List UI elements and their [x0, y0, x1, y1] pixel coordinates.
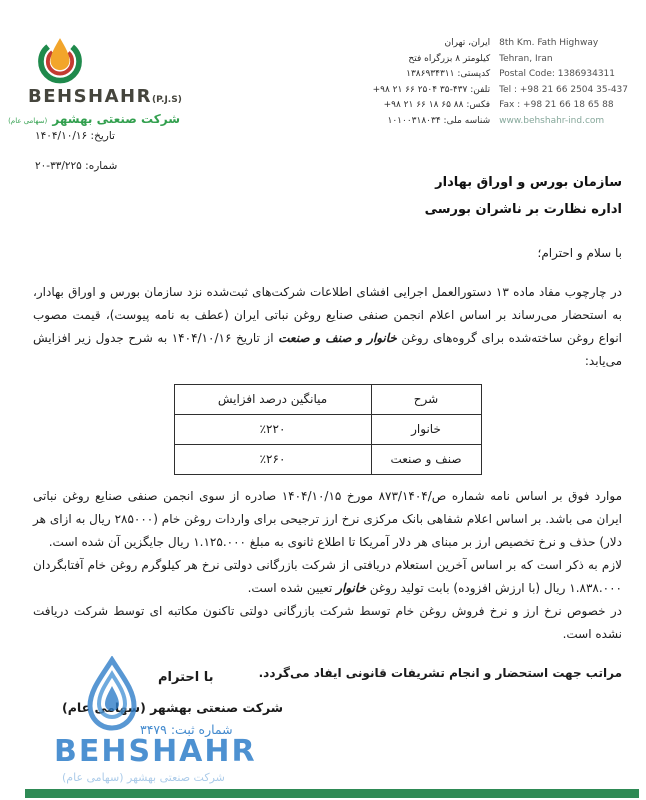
- recipient-organization: سازمان بورس و اوراق بهادار: [425, 169, 622, 196]
- stamp-company-text: شرکت صنعتی بهشهر (سهامی عام): [62, 771, 225, 784]
- paragraph-3: لازم به ذکر است که بر اساس آخرین استعلام…: [33, 554, 622, 600]
- address-column-fa: ایران، تهران کیلومتر ۸ بزرگراه فتح کدپست…: [373, 36, 491, 129]
- brand-suffix-fa: (سهامی عام): [8, 117, 47, 125]
- paragraph-1-emphasis: خانوار و صنف و صنعت: [278, 331, 397, 345]
- address-line-fa: ایران، تهران: [373, 36, 491, 52]
- address-line-en: Postal Code: 1386934311: [499, 67, 628, 83]
- address-line-fa: شناسه ملی: ۱۰۱۰۰۳۱۸۰۳۴: [373, 114, 491, 130]
- recipient-block: سازمان بورس و اوراق بهادار اداره نظارت ب…: [425, 169, 622, 223]
- salutation: با سلام و احترام؛: [33, 242, 622, 265]
- address-line-fa: کدپستی: ۱۳۸۶۹۳۴۳۱۱: [373, 67, 491, 83]
- stamp-brand-text: BEHSHAHR: [54, 734, 257, 769]
- letterhead-address: ایران، تهران کیلومتر ۸ بزرگراه فتح کدپست…: [373, 36, 628, 129]
- table-row: خانوار ⁦٪۲۲۰⁩: [174, 415, 481, 445]
- table-header-description: شرح: [371, 385, 481, 415]
- brand-suffix: (P.J.S): [152, 95, 182, 105]
- table-header-average-increase: میانگین درصد افزایش: [174, 385, 371, 415]
- letter-body: با سلام و احترام؛ در چارچوب مفاد ماده ۱۳…: [33, 242, 622, 685]
- signature-block: با احترام شرکت صنعتی بهشهر (سهامی عام) ش…: [48, 658, 328, 798]
- table-row: صنف و صنعت ⁦٪۲۶۰⁩: [174, 445, 481, 475]
- paragraph-3-text: تعیین شده است.: [248, 581, 337, 595]
- company-logo: BEHSHAHR(P.J.S) شرکت صنعتی بهشهر (سهامی …: [28, 32, 238, 127]
- table-cell-average: ⁦٪۲۲۰⁩: [174, 415, 371, 445]
- brand-wordmark: BEHSHAHR(P.J.S): [28, 86, 238, 107]
- address-line-en: Tehran, Iran: [499, 52, 628, 68]
- stamp-drop-icon: [82, 656, 142, 738]
- brand-name: BEHSHAHR: [28, 86, 152, 107]
- letter-page: BEHSHAHR(P.J.S) شرکت صنعتی بهشهر (سهامی …: [0, 0, 646, 800]
- address-line-en: Fax : +98 21 66 18 65 88: [499, 98, 628, 114]
- address-line-fa: تلفن: ⁦+۹۸ ۲۱ ۶۶ ۲۵۰۴ ۳۵-۴۳۷⁩: [373, 83, 491, 99]
- letter-date: تاریخ: ۱۴۰۴/۱۰/۱۶: [35, 130, 117, 142]
- address-line-fa: کیلومتر ۸ بزرگراه فتح: [373, 52, 491, 68]
- letter-meta: تاریخ: ۱۴۰۴/۱۰/۱۶ شماره: ⁦۲۰-۳۳/۲۲۵⁩: [35, 130, 117, 190]
- paragraph-3-emphasis: خانوار: [336, 581, 366, 595]
- table-cell-average: ⁦٪۲۶۰⁩: [174, 445, 371, 475]
- address-line-en: 8th Km. Fath Highway: [499, 36, 628, 52]
- brand-wordmark-fa: شرکت صنعتی بهشهر (سهامی عام): [28, 108, 180, 127]
- paragraph-4: در خصوص نرخ ارز و نرخ فروش روغن خام توسط…: [33, 600, 622, 646]
- letter-number: شماره: ⁦۲۰-۳۳/۲۲۵⁩: [35, 160, 117, 172]
- recipient-department: اداره نظارت بر ناشران بورسی: [425, 196, 622, 223]
- brand-name-fa: شرکت صنعتی بهشهر: [52, 112, 180, 126]
- paragraph-1: در چارچوب مفاد ماده ۱۳ دستورالعمل اجرایی…: [33, 281, 622, 373]
- paragraph-2: موارد فوق بر اساس نامه شماره ⁦۸۷۳/ص/۱۴۰۴…: [33, 485, 622, 554]
- website-text: www.behshahr-ind.com: [499, 114, 628, 130]
- address-column-en: 8th Km. Fath Highway Tehran, Iran Postal…: [499, 36, 628, 129]
- signature-closing: با احترام: [158, 670, 214, 685]
- table-cell-description: خانوار: [371, 415, 481, 445]
- oil-drop-logo-icon: [34, 32, 86, 84]
- footer-green-bar: [25, 789, 639, 798]
- price-increase-table: شرح میانگین درصد افزایش خانوار ⁦٪۲۲۰⁩ صن…: [174, 384, 482, 475]
- table-header-row: شرح میانگین درصد افزایش: [174, 385, 481, 415]
- address-line-fa: فکس: ⁦+۹۸ ۲۱ ۶۶ ۱۸ ۶۵ ۸۸⁩: [373, 98, 491, 114]
- table-cell-description: صنف و صنعت: [371, 445, 481, 475]
- address-line-en: Tel : +98 21 66 2504 35-437: [499, 83, 628, 99]
